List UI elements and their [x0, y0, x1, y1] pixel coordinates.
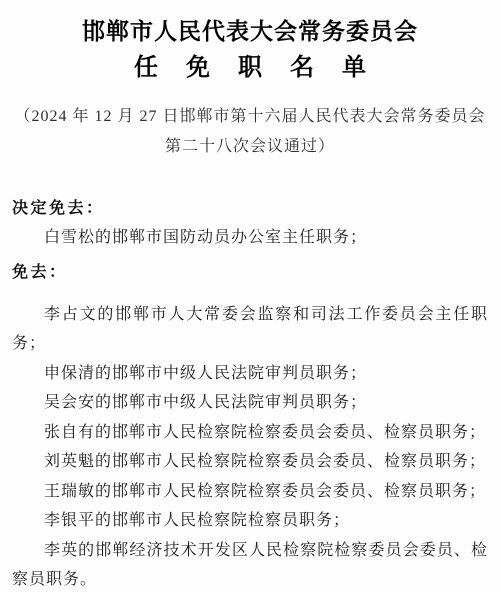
document-title-line1: 邯郸市人民代表大会常务委员会 [12, 14, 488, 50]
section-decide-dismiss: 决定免去： 白雪松的邯郸市国防动员办公室主任职务； [12, 194, 488, 253]
document-page: 邯郸市人民代表大会常务委员会 任免职名单 （2024 年 12 月 27 日邯郸… [0, 0, 500, 593]
list-item: 吴会安的邯郸市中级人民法院审判员职务； [12, 388, 488, 418]
list-item: 李占文的邯郸市人大常委会监察和司法工作委员会主任职务； [12, 300, 488, 359]
meeting-note-line1: （2024 年 12 月 27 日邯郸市第十六届人民代表大会常务委员会 [12, 102, 488, 132]
list-item: 李银平的邯郸市人民检察院检察员职务； [12, 506, 488, 536]
list-item: 申保清的邯郸市中级人民法院审判员职务； [12, 359, 488, 389]
dismiss-items: 李占文的邯郸市人大常委会监察和司法工作委员会主任职务； 申保清的邯郸市中级人民法… [12, 300, 488, 593]
list-item: 李英的邯郸经济技术开发区人民检察院检察委员会委员、检察员职务。 [12, 536, 488, 593]
section-dismiss: 免去： 李占文的邯郸市人大常委会监察和司法工作委员会主任职务； 申保清的邯郸市中… [12, 258, 488, 593]
meeting-note: （2024 年 12 月 27 日邯郸市第十六届人民代表大会常务委员会 第二十八… [12, 102, 488, 162]
section-heading-dismiss: 免去： [12, 258, 488, 287]
list-item: 张自有的邯郸市人民检察院检察委员会委员、检察员职务； [12, 418, 488, 448]
section-heading-decide-dismiss: 决定免去： [12, 194, 488, 223]
list-item: 刘英魁的邯郸市人民检察院检察委员会委员、检察员职务； [12, 447, 488, 477]
list-item: 白雪松的邯郸市国防动员办公室主任职务； [12, 223, 488, 253]
document-title-line2: 任免职名单 [12, 50, 488, 86]
meeting-note-line2: 第二十八次会议通过） [12, 132, 488, 162]
list-item: 王瑞敏的邯郸市人民检察院检察委员会委员、检察员职务； [12, 477, 488, 507]
